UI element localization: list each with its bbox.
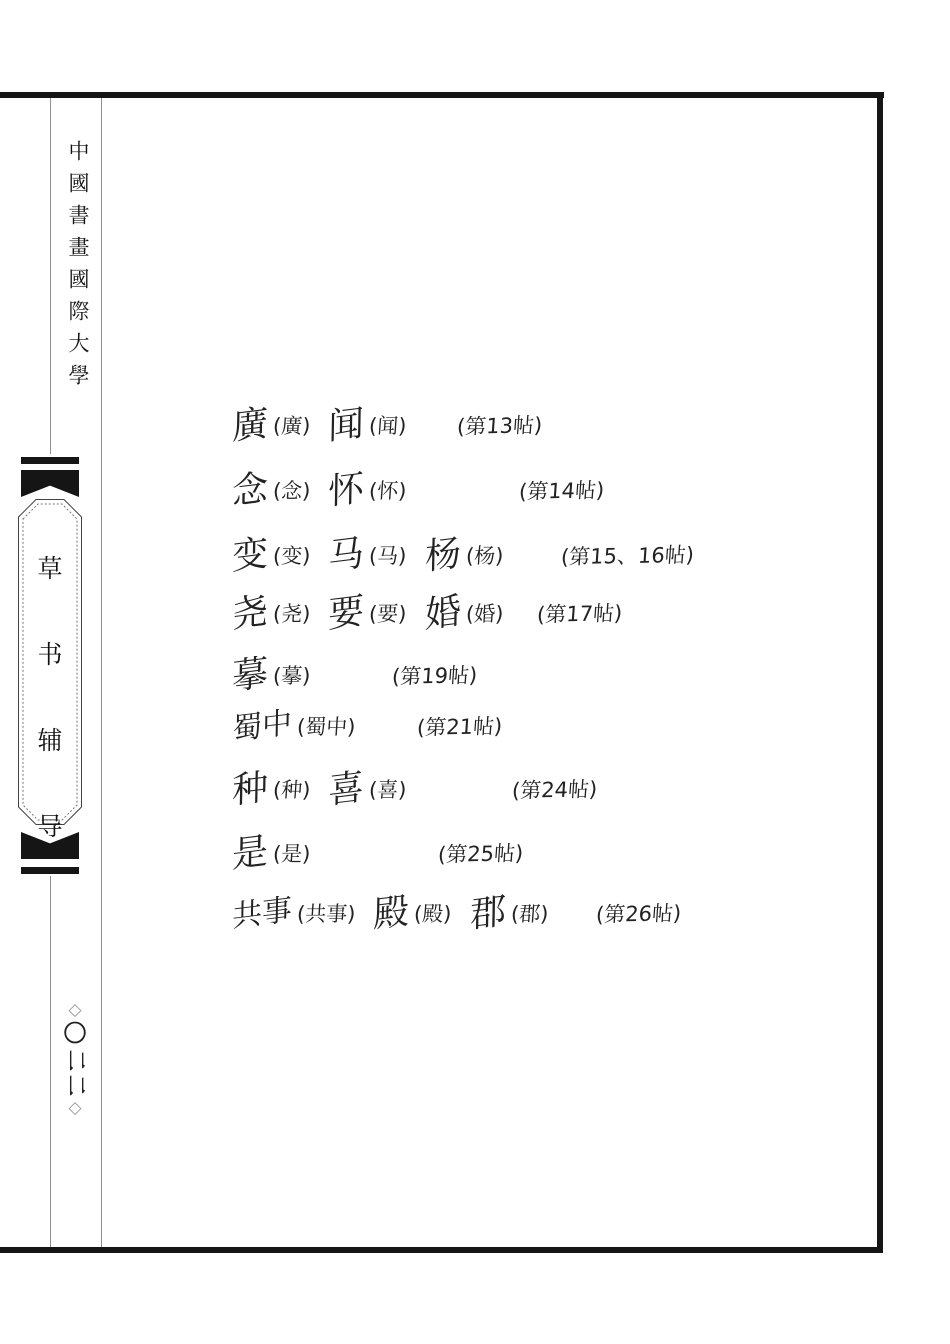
cursive-row: 种 (种) 喜 (喜) (第24帖) [232,772,597,808]
spine-title-char: 草 [37,549,62,585]
tie-reference: (第17帖) [536,603,623,625]
page-border-right [877,92,883,1253]
cursive-character: 怀 [328,471,364,512]
page-border-bottom [0,1247,883,1253]
spine-title-char: 书 [37,635,62,671]
gloss-label: (怀) [369,481,408,502]
page-number-zero: 〇 [64,1023,87,1046]
gloss-label: (要) [369,604,408,625]
tie-reference: (第24帖) [511,779,598,801]
cursive-character: 变 [232,536,268,577]
cursive-row: 尧 (尧) 要 (要) 婚 (婚) (第17帖) [232,596,622,632]
cursive-character: 摹 [232,656,268,697]
cursive-character: 要 [328,594,364,635]
cursive-row: 蜀中 (蜀中) (第21帖) [232,712,503,742]
cursive-character: 殿 [373,894,409,935]
gloss-label: (杨) [465,546,504,567]
spine-banner-top [21,470,79,497]
gloss-label: (种) [272,780,311,801]
tie-reference: (第21帖) [417,716,504,738]
cursive-row: 廣 (廣) 闻 (闻) (第13帖) [232,408,542,444]
gloss-label: (变) [272,546,311,567]
page-number-column: ◇ 〇 二 二 ◇ [58,1002,92,1117]
cursive-character: 杨 [425,536,461,577]
page-border-top [0,92,884,98]
spine-bar-bottom [21,867,79,874]
cursive-row: 变 (变) 马 (马) 杨 (杨) (第15、16帖) [232,538,694,574]
gloss-label: (闻) [369,416,408,437]
cursive-character: 蜀中 [232,708,292,746]
diamond-icon: ◇ [68,1002,81,1019]
cursive-row: 念 (念) 怀 (怀) (第14帖) [232,473,604,509]
spine-title: 草 书 辅 导 [18,499,82,825]
gloss-label: (念) [272,481,311,502]
cursive-character: 种 [232,770,268,811]
page-number-digit: 二 [65,1075,86,1096]
cursive-character: 喜 [328,770,364,811]
gloss-label: (蜀中) [296,717,356,738]
cursive-character: 马 [328,536,364,577]
gloss-label: (廣) [272,416,311,437]
tie-reference: (第15、16帖) [560,544,694,567]
spine-title-box: 草 书 辅 导 [18,499,82,825]
cursive-character: 念 [232,471,268,512]
tie-reference: (第26帖) [595,903,682,925]
cursive-character: 闻 [328,406,364,447]
cursive-character: 廣 [232,406,268,447]
spine-title-char: 辅 [37,721,62,757]
spine-title-char: 导 [37,807,62,843]
gloss-label: (是) [272,844,311,865]
gloss-label: (摹) [272,666,311,687]
cursive-character: 是 [232,834,268,875]
diamond-icon: ◇ [68,1100,81,1117]
spine-bar-top [21,457,79,464]
cursive-row: 共事 (共事) 殿 (殿) 郡 (郡) (第26帖) [232,896,681,932]
page-number-digit: 二 [65,1050,86,1071]
tie-reference: (第13帖) [456,415,543,437]
cursive-row: 摹 (摹) (第19帖) [232,658,478,694]
tie-reference: (第19帖) [392,665,479,687]
gloss-label: (婚) [465,604,504,625]
sidebar-rule-left-lower [50,876,51,1247]
gloss-label: (共事) [296,904,356,925]
gloss-label: (马) [369,546,408,567]
gloss-label: (郡) [510,904,549,925]
gloss-label: (殿) [414,904,453,925]
tie-reference: (第14帖) [518,480,605,502]
cursive-character: 郡 [470,894,506,935]
university-title: 中國書畫國際大學 [63,140,93,400]
sidebar-rule-left-upper [50,98,51,454]
gloss-label: (喜) [369,780,408,801]
cursive-row: 是 (是) (第25帖) [232,836,524,872]
cursive-character: 尧 [232,594,268,635]
tie-reference: (第25帖) [438,843,525,865]
sidebar-rule-right [101,98,102,1247]
cursive-character: 共事 [232,895,292,933]
gloss-label: (尧) [272,604,311,625]
cursive-character: 婚 [425,594,461,635]
